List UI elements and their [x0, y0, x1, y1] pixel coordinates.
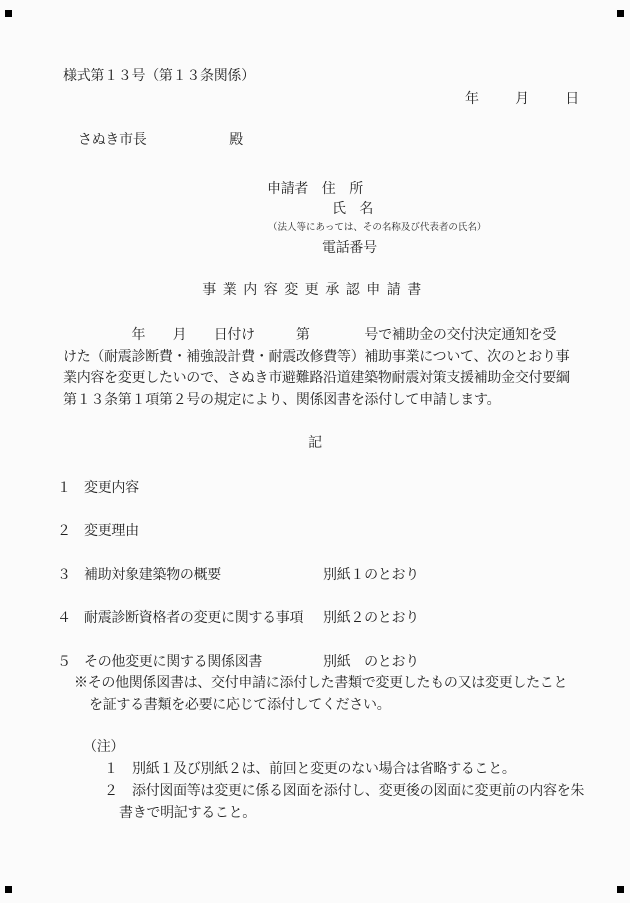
item-row-1: １ 変更内容 [0, 477, 630, 497]
body-paragraph: 年 月 日付け 第 号で補助金の交付決定通知を受 けた（耐震診断費・補強設計費・… [63, 325, 583, 411]
date-line: 年 月 日 [465, 88, 579, 108]
applicant-corporate-note: （法人等にあっては、その名称及び代表者の氏名） [268, 219, 486, 233]
item-number: ５ [57, 651, 71, 671]
item-number: ２ [57, 520, 71, 540]
item-attachment: 別紙 のとおり [323, 651, 419, 671]
note-row-2-continuation: 書きで明記すること。 [119, 802, 256, 822]
body-line-2: けた（耐震診断費・補強設計費・耐震改修費等）補助事業について、次のとおり事 [63, 347, 583, 369]
corner-mark-bottom-left [5, 886, 12, 893]
note-text: 別紙１及び別紙２は、前回と変更のない場合は省略すること。 [132, 758, 516, 778]
item5-note-line-2: を証する書類を必要に応じて添付してください。 [89, 694, 390, 714]
applicant-name-line: 氏 名 [332, 198, 373, 218]
note-row-1: １ 別紙１及び別紙２は、前回と変更のない場合は省略すること。 [0, 758, 630, 778]
item-row-4: ４ 耐震診断資格者の変更に関する事項 別紙２のとおり [0, 607, 630, 627]
date-month-label: 月 [515, 88, 529, 108]
applicant-phone-line: 電話番号 [322, 237, 377, 257]
item-number: ３ [57, 564, 71, 584]
item-row-2: ２ 変更理由 [0, 520, 630, 540]
addressee-honorific: 殿 [229, 129, 243, 149]
application-form-page: 様式第１３号（第１３条関係） 年 月 日 さぬき市長 殿 申請者 住 所 氏 名… [0, 0, 630, 903]
record-marker: 記 [0, 432, 630, 452]
body-line-3: 業内容を変更したいので、さぬき市避難路沿道建築物耐震対策支援補助金交付要綱 [63, 368, 583, 390]
item5-note-line-1: ※その他関係図書は、交付申請に添付した書類で変更したもの又は変更したこと [74, 672, 567, 692]
item-number: ４ [57, 607, 71, 627]
addressee-line: さぬき市長 殿 [78, 129, 243, 149]
addressee-name: さぬき市長 [78, 129, 147, 149]
applicant-address-line: 申請者 住 所 [267, 178, 363, 198]
item-row-3: ３ 補助対象建築物の概要 別紙１のとおり [0, 564, 630, 584]
item-attachment: 別紙１のとおり [323, 564, 419, 584]
note-text: 添付図面等は変更に係る図面を添付し、変更後の図面に変更前の内容を朱 [132, 780, 584, 800]
body-line-4: 第１３条第１項第２号の規定により、関係図書を添付して申請します。 [63, 390, 583, 412]
item-label: 変更内容 [84, 477, 139, 497]
corner-mark-top-left [5, 10, 12, 17]
corner-mark-top-right [617, 10, 624, 17]
body-line-1: 年 月 日付け 第 号で補助金の交付決定通知を受 [63, 325, 583, 347]
item-number: １ [57, 477, 71, 497]
notes-heading: （注） [83, 736, 124, 756]
item-attachment: 別紙２のとおり [323, 607, 419, 627]
document-title: 事業内容変更承認申請書 [0, 279, 630, 299]
item-row-5: ５ その他変更に関する関係図書 別紙 のとおり [0, 651, 630, 671]
item-label: 補助対象建築物の概要 [84, 564, 221, 584]
note-number: ２ [104, 780, 118, 800]
date-day-label: 日 [565, 88, 579, 108]
item-label: その他変更に関する関係図書 [84, 651, 262, 671]
corner-mark-bottom-right [617, 886, 624, 893]
note-number: １ [104, 758, 118, 778]
date-year-label: 年 [465, 88, 479, 108]
form-number: 様式第１３号（第１３条関係） [63, 65, 255, 85]
note-row-2: ２ 添付図面等は変更に係る図面を添付し、変更後の図面に変更前の内容を朱 [0, 780, 630, 800]
item-label: 耐震診断資格者の変更に関する事項 [84, 607, 303, 627]
item-label: 変更理由 [84, 520, 139, 540]
